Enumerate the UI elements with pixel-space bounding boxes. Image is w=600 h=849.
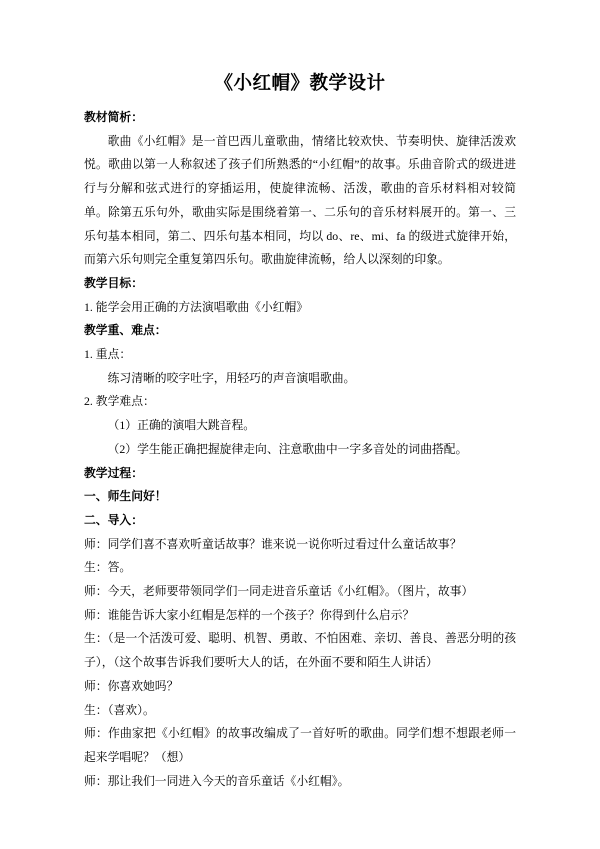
heading-material-analysis: 教材简析： (84, 106, 516, 130)
difficult-point-label: 2. 教学难点： (84, 390, 516, 414)
process-step-2-introduction: 二、导入： (84, 509, 516, 533)
dialogue-student-line: 生：（是一个活泼可爱、聪明、机智、勇敢、不怕困难、亲切、善良、善恶分明的孩子），… (84, 627, 516, 674)
difficult-point-item-2: （2）学生能正确把握旋律走向、注意歌曲中一字多音处的词曲搭配。 (84, 438, 516, 462)
difficult-point-item-1: （1）正确的演唱大跳音程。 (84, 414, 516, 438)
dialogue-student-line: 生：（喜欢）。 (84, 699, 516, 723)
key-point-detail: 练习清晰的咬字吐字，用轻巧的声音演唱歌曲。 (84, 367, 516, 391)
heading-teaching-goals: 教学目标： (84, 272, 516, 296)
dialogue-teacher-line: 师：今天，老师要带领同学们一同走进音乐童话《小红帽》。（图片，故事） (84, 580, 516, 604)
dialogue-teacher-line: 师：谁能告诉大家小红帽是怎样的一个孩子？你得到什么启示？ (84, 604, 516, 628)
dialogue-teacher-line: 师：同学们喜不喜欢听童话故事？谁来说一说你听过看过什么童话故事？ (84, 533, 516, 557)
dialogue-teacher-line: 师：作曲家把《小红帽》的故事改编成了一首好听的歌曲。同学们想不想跟老师一起来学唱… (84, 722, 516, 769)
heading-key-difficult-points: 教学重、难点： (84, 319, 516, 343)
dialogue-student-line: 生：答。 (84, 556, 516, 580)
process-step-1-greeting: 一、师生问好！ (84, 485, 516, 509)
material-analysis-paragraph: 歌曲《小红帽》是一首巴西儿童歌曲，情绪比较欢快、节奏明快、旋律活泼欢悦。歌曲以第… (84, 130, 516, 272)
heading-teaching-process: 教学过程： (84, 462, 516, 486)
dialogue-teacher-line: 师：你喜欢她吗？ (84, 675, 516, 699)
teaching-goal-item-1: 1. 能学会用正确的方法演唱歌曲《小红帽》 (84, 296, 516, 320)
key-point-label: 1. 重点： (84, 343, 516, 367)
document-page: 《小红帽》教学设计 教材简析： 歌曲《小红帽》是一首巴西儿童歌曲，情绪比较欢快、… (0, 0, 600, 849)
document-title: 《小红帽》教学设计 (84, 72, 516, 97)
dialogue-teacher-line: 师：那让我们一同进入今天的音乐童话《小红帽》。 (84, 770, 516, 794)
